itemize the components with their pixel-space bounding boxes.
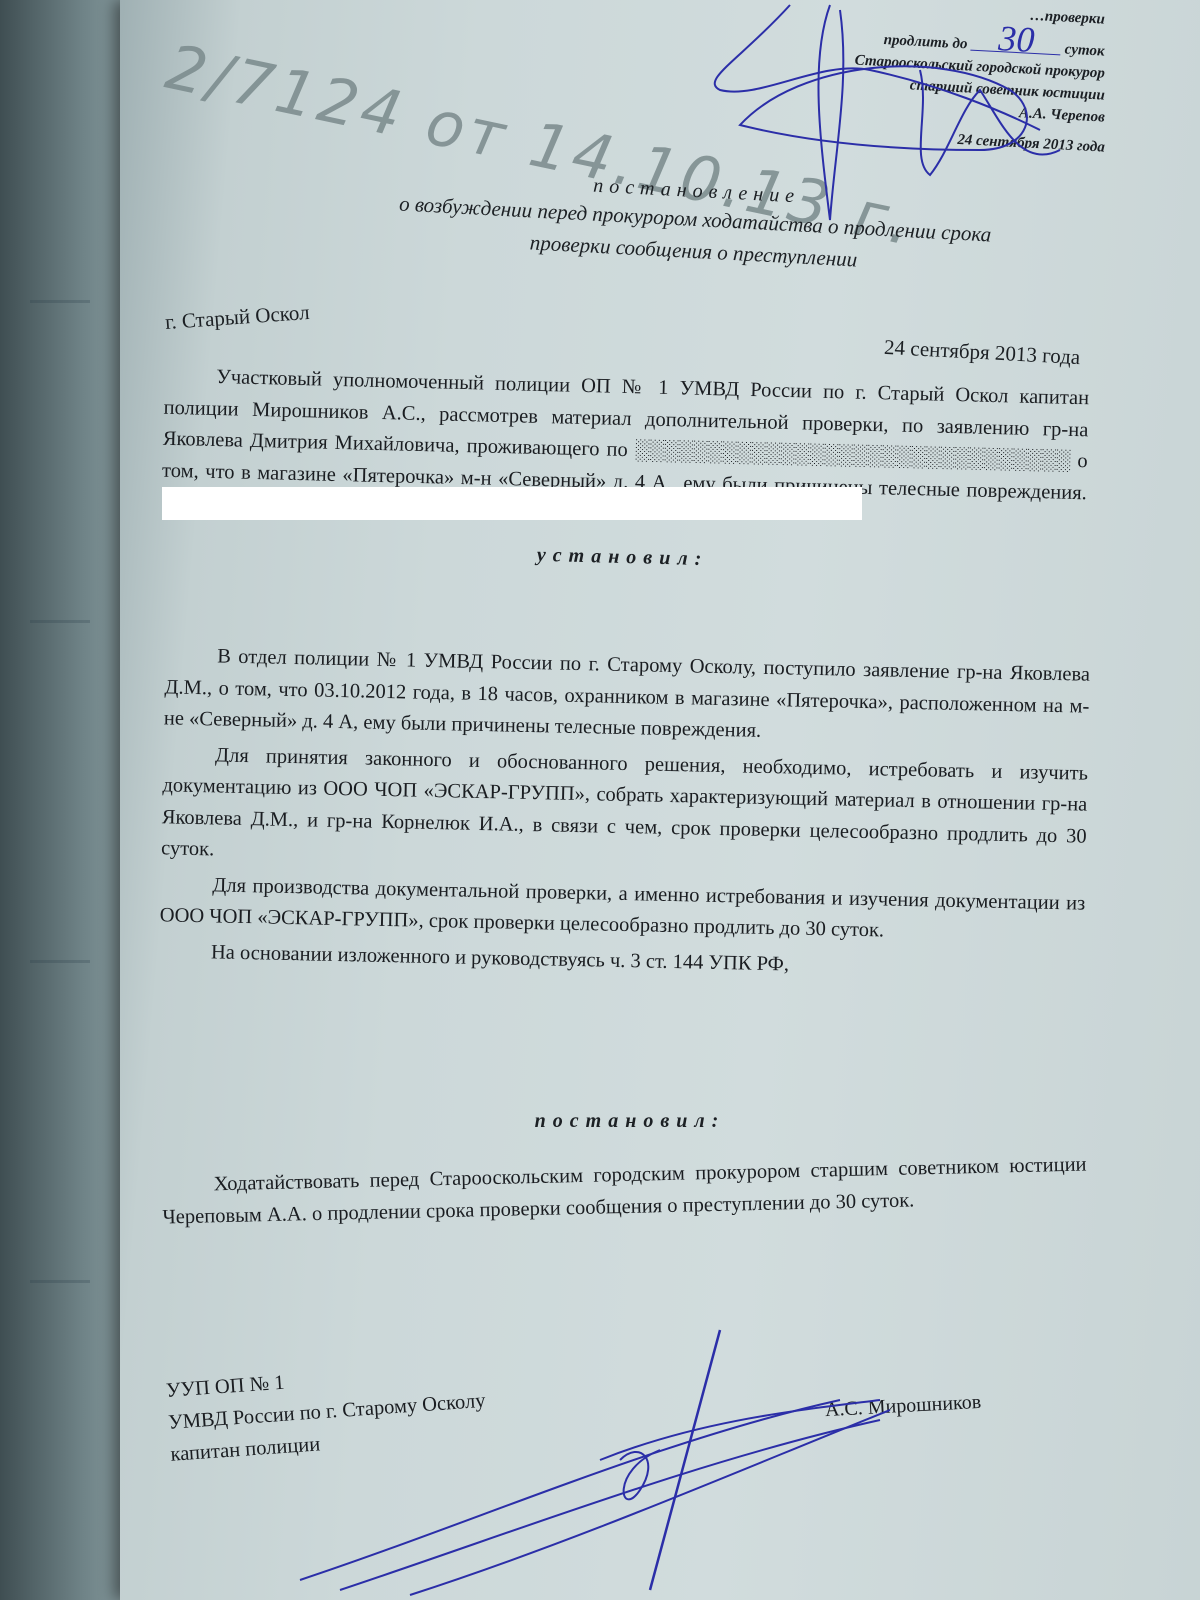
document-page: 2/7124 от 14.10.13 г. …проверки продлить… <box>120 0 1200 1600</box>
prosecutor-resolution: …проверки продлить до 30 суток Старооско… <box>775 0 1105 150</box>
document-date: 24 сентября 2013 года <box>883 335 1080 370</box>
resolution-extend-prefix: продлить до <box>883 32 968 52</box>
ghost-text-line <box>30 960 90 963</box>
established-paragraph: В отдел полиции № 1 УМВД России по г. Ст… <box>164 640 1091 754</box>
place-of-issue: г. Старый Оскол <box>164 300 310 335</box>
section-heading-established: установил: <box>160 530 1085 584</box>
redacted-address <box>162 487 862 520</box>
ghost-text-line <box>30 620 90 623</box>
resolution-extend-suffix: суток <box>1064 42 1105 60</box>
decided-paragraph: Ходатайствовать перед Старооскольским го… <box>161 1150 1087 1234</box>
ghost-text-line <box>30 1280 90 1283</box>
resolution-days-handwritten: 30 <box>971 24 1062 56</box>
section-heading-decided: постановил: <box>120 1110 1170 1133</box>
established-paragraph: Для принятия законного и обоснованного р… <box>161 739 1088 884</box>
decided-section: Ходатайствовать перед Старооскольским го… <box>161 1150 1087 1234</box>
established-section: В отдел полиции № 1 УМВД России по г. Ст… <box>159 640 1091 986</box>
intro-section: Участковый уполномоченный полиции ОП № 1… <box>160 361 1090 599</box>
signature-block: УУП ОП № 1 УМВД России по г. Старому Оск… <box>165 1353 489 1471</box>
ghost-text-line <box>30 300 90 303</box>
signatory-name: А.С. Мирошников <box>825 1391 982 1422</box>
